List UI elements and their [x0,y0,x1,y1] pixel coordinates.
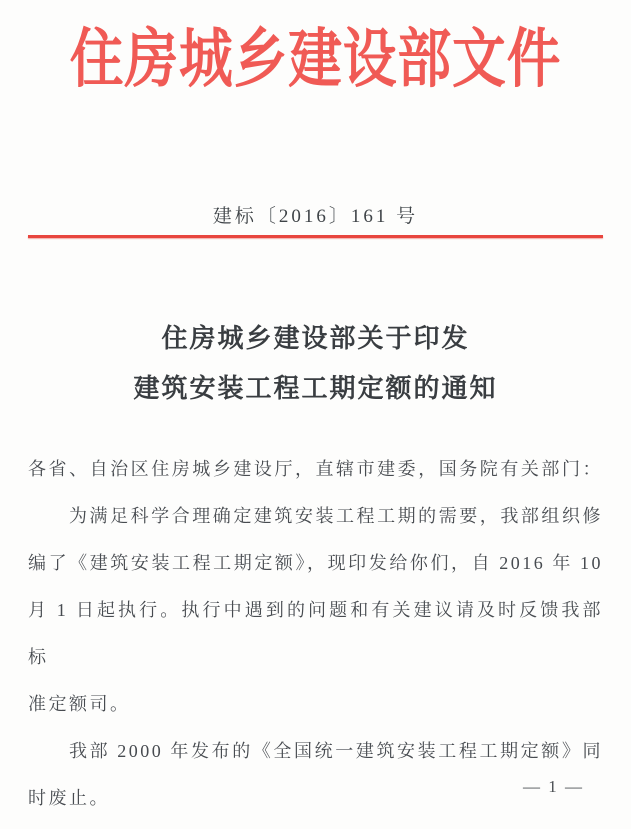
notice-title-line-2: 建筑安装工程工期定额的通知 [0,364,631,414]
body-line: 时废止。 [28,775,603,822]
notice-title: 住房城乡建设部关于印发 建筑安装工程工期定额的通知 [0,314,631,414]
body-line: 为满足科学合理确定建筑安装工程工期的需要，我部组织修 [28,493,603,540]
page-number: — 1 — [523,776,584,798]
document-masthead: 住房城乡建设部文件 [0,22,631,98]
document-body: 各省、自治区住房城乡建设厅，直辖市建委，国务院有关部门： 为满足科学合理确定建筑… [28,446,603,822]
body-line: 准定额司。 [28,681,603,728]
masthead-title: 住房城乡建设部文件 [70,22,561,98]
salutation-line: 各省、自治区住房城乡建设厅，直辖市建委，国务院有关部门： [28,446,603,493]
body-line: 我部 2000 年发布的《全国统一建筑安装工程工期定额》同 [28,728,603,775]
body-line: 月 1 日起执行。执行中遇到的问题和有关建议请及时反馈我部标 [28,587,603,681]
red-divider-line [28,235,603,238]
document-reference-number: 建标〔2016〕161 号 [0,204,631,230]
notice-title-line-1: 住房城乡建设部关于印发 [0,314,631,364]
body-line: 编了《建筑安装工程工期定额》，现印发给你们，自 2016 年 10 [28,540,603,587]
document-page: 住房城乡建设部文件 建标〔2016〕161 号 住房城乡建设部关于印发 建筑安装… [0,0,631,829]
